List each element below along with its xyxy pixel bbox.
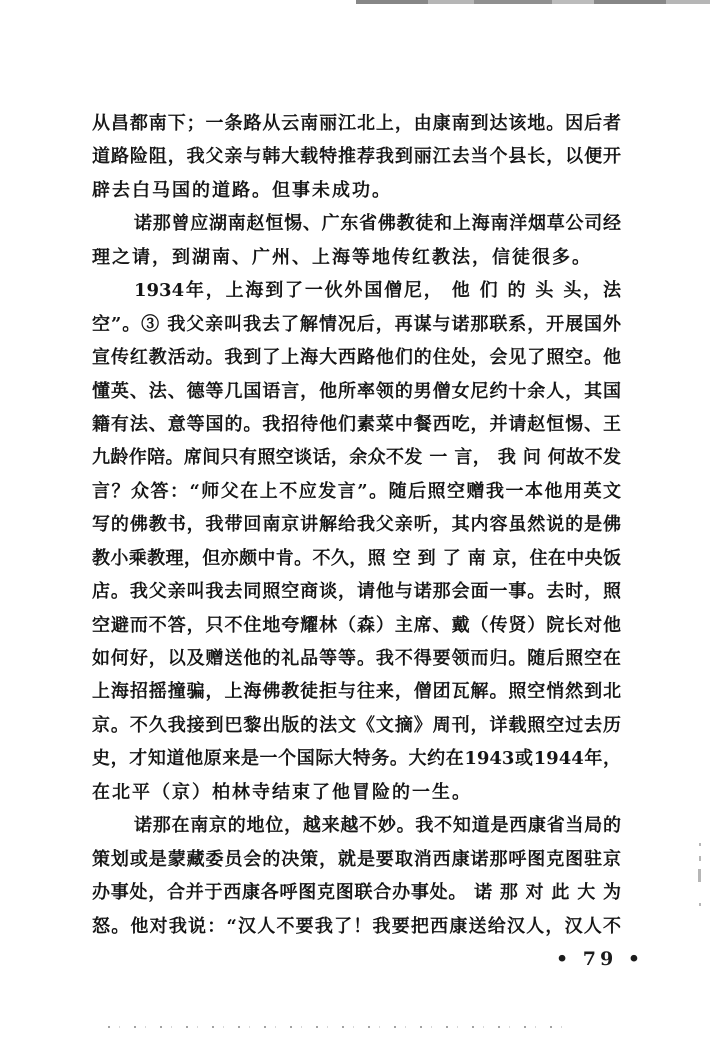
scan-bottom-dotted-artifact xyxy=(108,1026,573,1028)
scan-speck xyxy=(699,843,701,846)
text-line: 京。不久我接到巴黎出版的法文《文摘》周刊，详载照空过去历 xyxy=(92,709,621,742)
text-line: 九龄作陪。席间只有照空谈话，余众不发 一 言， 我 问 何故不发 xyxy=(92,441,621,474)
text-line: 教小乘教理，但亦颇中肯。不久，照 空 到 了 南 京，住在中央饭 xyxy=(92,542,621,575)
text-line: 道路险阻，我父亲与韩大载特推荐我到丽江去当个县长，以便开 xyxy=(92,140,621,173)
text-line: 诺那在南京的地位，越来越不妙。我不知道是西康省当局的 xyxy=(92,809,621,842)
text-line: 史，才知道他原来是一个国际大特务。大约在1943或1944年，他 xyxy=(92,742,621,775)
text-line: 宣传红教活动。我到了上海大西路他们的住处，会见了照空。他 xyxy=(92,341,621,374)
text-line: 空避而不答，只不住地夸耀林（森）主席、戴（传贤）院长对他 xyxy=(92,609,621,642)
text-line: 在北平（京）柏林寺结束了他冒险的一生。 xyxy=(92,776,621,809)
text-line: 上海招摇撞骗，上海佛教徒拒与往来，僧团瓦解。照空悄然到北 xyxy=(92,675,621,708)
page-number: • 79 • xyxy=(540,948,660,970)
scan-speck xyxy=(699,903,701,906)
scan-top-edge-artifact xyxy=(356,0,710,4)
text-line: 言？众答：“师父在上不应发言”。随后照空赠我一本他用英文 xyxy=(92,475,621,508)
book-page: 从昌都南下；一条路从云南丽江北上，由康南到达该地。因后者道路险阻，我父亲与韩大载… xyxy=(0,0,710,1044)
text-line: 空”。③ 我父亲叫我去了解情况后，再谋与诺那联系，开展国外 xyxy=(92,308,621,341)
text-line: 辟去白马国的道路。但事未成功。 xyxy=(92,174,621,207)
text-line: 籍有法、意等国的。我招待他们素菜中餐西吃，并请赵恒惕、王 xyxy=(92,408,621,441)
scan-speck xyxy=(698,869,701,882)
text-line: 如何好，以及赠送他的礼品等等。我不得要领而归。随后照空在 xyxy=(92,642,621,675)
text-line: 怒。他对我说：“汉人不要我了！我要把西康送给汉人，汉人不 xyxy=(92,910,621,943)
text-line: 1934年，上海到了一伙外国僧尼， 他 们 的 头 头，法名“照 xyxy=(92,274,621,307)
text-line: 办事处，合并于西康各呼图克图联合办事处。 诺 那 对 此 大 为 愤 xyxy=(92,876,621,909)
text-line: 诺那曾应湖南赵恒惕、广东省佛教徒和上海南洋烟草公司经 xyxy=(92,207,621,240)
text-block: 从昌都南下；一条路从云南丽江北上，由康南到达该地。因后者道路险阻，我父亲与韩大载… xyxy=(92,107,621,943)
text-line: 店。我父亲叫我去同照空商谈，请他与诺那会面一事。去时，照 xyxy=(92,575,621,608)
text-line: 懂英、法、德等几国语言，他所率领的男僧女尼约十余人，其国 xyxy=(92,375,621,408)
scan-speck xyxy=(699,856,701,861)
text-line: 策划或是蒙藏委员会的决策，就是要取消西康诺那呼图克图驻京 xyxy=(92,843,621,876)
text-line: 从昌都南下；一条路从云南丽江北上，由康南到达该地。因后者 xyxy=(92,107,621,140)
text-line: 写的佛教书，我带回南京讲解给我父亲听，其内容虽然说的是佛 xyxy=(92,508,621,541)
text-line: 理之请，到湖南、广州、上海等地传红教法，信徒很多。 xyxy=(92,241,621,274)
